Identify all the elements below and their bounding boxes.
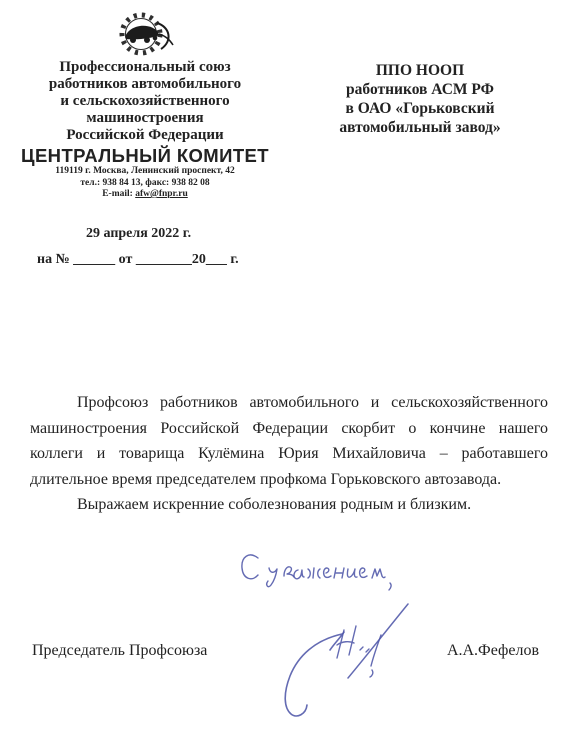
handwritten-closing [232,548,402,594]
letter-page: Профессиональный союз работников автомоб… [0,0,577,741]
recipient-line: ППО НООП [295,61,545,80]
recipient-line: автомобильный завод» [295,118,545,137]
org-name-line: работников автомобильного [20,76,270,93]
reference-number-line: на № ______ от ________20___ г. [37,252,239,268]
body-paragraph: Выражаем искренние соболезнования родным… [30,492,548,518]
org-name-line: машиностроения [20,110,270,127]
email-line: E-mail: afw@fnpr.ru [20,189,270,201]
letter-body: Профсоюз работников автомобильного и сел… [30,390,548,518]
handwritten-signature [272,592,422,734]
signer-title: Председатель Профсоюза [32,641,207,661]
central-committee-title: ЦЕНТРАЛЬНЫЙ КОМИТЕТ [20,145,270,166]
recipient-line: в ОАО «Горьковский [295,99,545,118]
org-name-line: Профессиональный союз [20,59,270,76]
gear-vehicle-emblem-icon [110,10,180,58]
letter-date: 29 апреля 2022 г. [86,226,191,242]
email-address: afw@fnpr.ru [135,189,188,199]
address-line: 119119 г. Москва, Ленинский проспект, 42 [20,166,270,178]
org-name-line: Российской Федерации [20,127,270,144]
letterhead-right: ППО НООП работников АСМ РФ в ОАО «Горько… [295,61,545,137]
org-name-line: и сельскохозяйственного [20,93,270,110]
phone-line: тел.: 938 84 13, факс: 938 82 08 [20,178,270,190]
recipient-line: работников АСМ РФ [295,80,545,99]
signer-name: А.А.Фефелов [447,641,539,661]
body-paragraph: Профсоюз работников автомобильного и сел… [30,390,548,492]
letterhead-left: Профессиональный союз работников автомоб… [20,10,270,201]
email-label: E-mail: [102,189,133,199]
